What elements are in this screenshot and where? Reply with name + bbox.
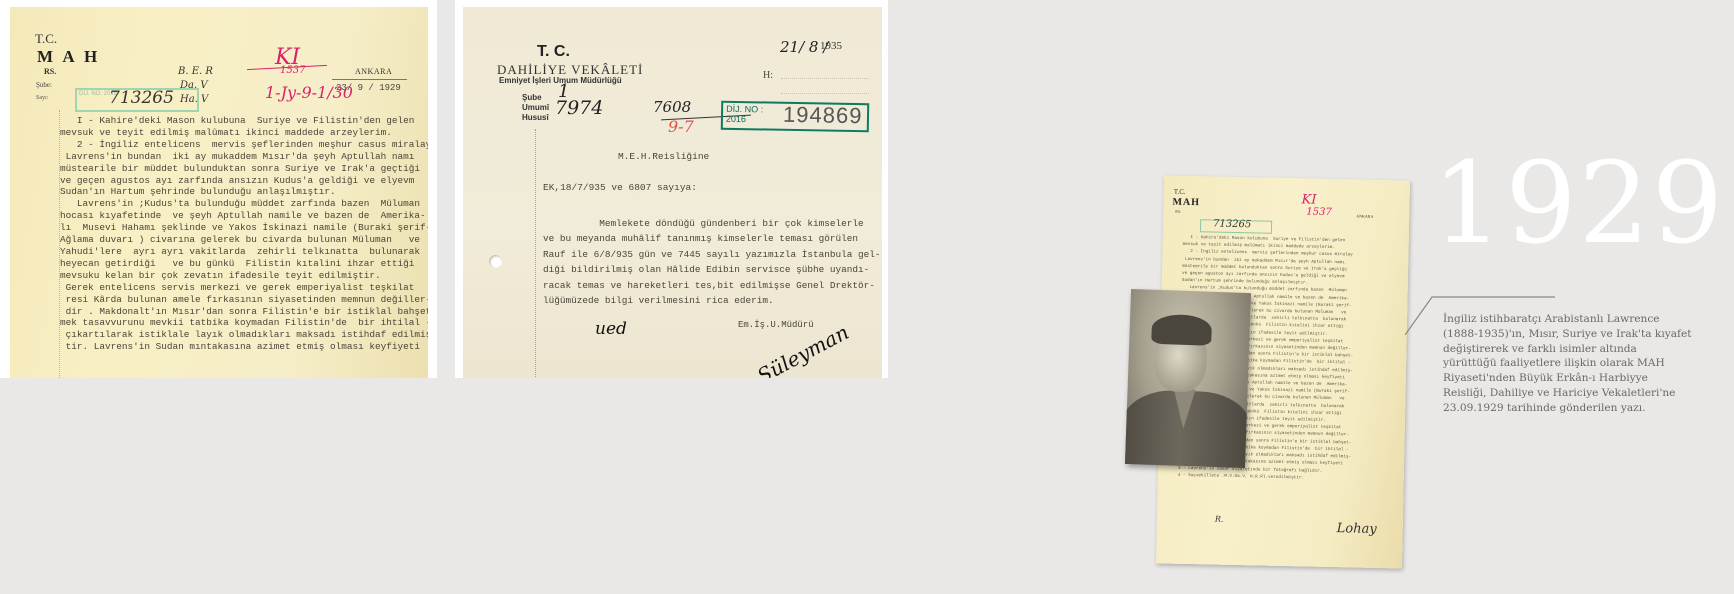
doc-body-text: Memlekete döndüğü gündenberi bir çok kim… [543, 216, 878, 308]
divider [332, 79, 407, 80]
doc-header-mah: M A H [37, 47, 100, 67]
lawrence-portrait-photo [1125, 289, 1251, 468]
doc-header-tc: T.C. [35, 31, 57, 47]
year-heading: 1929 [1432, 148, 1725, 260]
text-line: Lavrens'in ;Kudus'ta bulunduğu müddet za… [60, 198, 428, 210]
document-caption: İngiliz istihbaratçı Arabistanlı Lawrenc… [1443, 312, 1693, 416]
dahiliye-document-image: T. C. DAHİLİYE VEKÂLETİ Emniyet İşleri U… [463, 7, 882, 378]
doc-date-year: 1935 [820, 40, 842, 52]
text-line: Yahudi'lere ayrı ayrı vakitlarda zehirli… [60, 246, 428, 258]
text-line: ve geçen agustos ayı zarfında ansızın Ku… [60, 175, 428, 187]
doc-body-text: I - Kahire'deki Mason kulubuna Suriye ve… [60, 115, 428, 353]
archive-stamp: DİJ. NO :2016 194869 [721, 101, 869, 133]
document-panel-mah[interactable]: T.C. M A H RS. Şube: Sayı: DIJ. NO: 2016… [0, 0, 437, 378]
text-line: racak temas ve hareketleri tes,bit edilm… [543, 278, 878, 293]
document-panel-dahiliye[interactable]: T. C. DAHİLİYE VEKÂLETİ Emniyet İşleri U… [455, 0, 888, 378]
punch-hole [489, 255, 502, 268]
margin-line [535, 129, 536, 378]
handwritten-number: 7608 [653, 98, 691, 116]
text-line: diği bildirilmiş olan Hâlide Edibin serv… [543, 262, 878, 277]
red-mark: KI [1301, 192, 1316, 207]
text-line: resi Kârda bulunan amele fırkasının siya… [60, 294, 428, 306]
doc-city: ANKARA [355, 67, 392, 76]
text-line: heyecan getirdiği ve bu günkü Filistin k… [60, 258, 428, 270]
doc-sube-label: Şube: [36, 81, 52, 89]
doc-sube-label: Şube [522, 93, 542, 102]
red-number: 1537 [1306, 206, 1332, 218]
text-line: müstearile bir müddet bulunduktan sonra … [60, 163, 428, 175]
doc-hususi-value: 7974 [555, 97, 603, 119]
text-line: dir . Makdonalt'ın Mısır'dan sonra Filis… [60, 306, 428, 318]
red-note: 9-7 [668, 117, 694, 136]
text-line: I - Kahire'deki Mason kulubuna Suriye ve… [60, 115, 428, 127]
handwritten-note: Ha. V [180, 94, 208, 105]
doc-reference: EK,18/7/935 ve 6807 sayıya: [543, 182, 697, 193]
red-number: 1537 [280, 65, 305, 76]
doc-h-label: H: [763, 70, 773, 81]
dotted-line [781, 93, 869, 94]
mah-document-image: T.C. M A H RS. Şube: Sayı: DIJ. NO: 2016… [10, 7, 428, 378]
text-line: Lavrens'in bundan iki ay mukaddem Mısır'… [60, 151, 428, 163]
doc-header-tc: T. C. [537, 43, 570, 61]
doc-sayi-label: Sayı: [36, 95, 48, 101]
text-line: lüğümüzede bilgi verilmesini rica ederim… [543, 293, 878, 308]
signature: Lohay [1337, 521, 1377, 537]
doc-recipient: M.E.H.Reisliğine [618, 151, 709, 162]
text-line: mevsuku kelan bir çok zevatın ifadesile … [60, 270, 428, 282]
doc-date: 23/ 9 / 1929 [336, 83, 401, 93]
initials-signature: R. [1215, 515, 1224, 524]
text-line: Ağlama duvarı ) civarına gelerek bu civa… [60, 234, 428, 246]
text-line: lı Musevi Hahamı şeklinde ve Yakos İskin… [60, 222, 428, 234]
text-line: hocası kıyafetinde ve şeyh Aptullah nami… [60, 210, 428, 222]
stamp-label: DİJ. NO :2016 [726, 104, 763, 125]
text-line: Memlekete döndüğü gündenberi bir çok kim… [543, 216, 878, 231]
text-line: Rauf ile 6/8/935 gün ve 7445 sayılı yazı… [543, 247, 878, 262]
doc-umumi-label: Umumî [522, 103, 549, 112]
initials-signature: ued [595, 319, 627, 339]
text-line: 2 - İngiliz entelicens mervis şeflerinde… [60, 139, 428, 151]
text-line: çıkartılarak istiklale layık olmadıkları… [60, 329, 428, 341]
text-line: Sudan'ın Hartum şehrinde bulunduğu anlaş… [60, 186, 428, 198]
doc-hususi-label: Hususî [522, 113, 549, 122]
stamp-number: 194869 [783, 102, 863, 129]
dotted-line [781, 78, 869, 79]
text-line: mek tasavvurunu mevkii tatbika koymadan … [60, 317, 428, 329]
text-line: Gerek entelicens servis merkezi ve gerek… [60, 282, 428, 294]
doc-city: ANKARA [1356, 214, 1373, 219]
doc-header-tc: T.C. [1174, 188, 1186, 196]
text-line: mevsuk ve teyit edilmiş malûmatı ikinci … [60, 127, 428, 139]
handwritten-note: B. E. R [178, 66, 213, 77]
doc-header-rs: RS. [1175, 209, 1181, 214]
text-line: tir. Lavrens'in Sudan mıntakasına azimet… [60, 341, 428, 353]
doc-header-mah: MAH [1172, 197, 1200, 209]
handwritten-note: Da. V [180, 80, 208, 91]
doc-header-rs: RS. [44, 67, 56, 76]
archive-stamp: 713265 [1200, 219, 1272, 234]
text-line: ve bu meyanda muhâlif tanınmış kimselerl… [543, 231, 878, 246]
doc-signatory: Em.İş.U.Müdürü [738, 320, 814, 330]
stamp-number: 713265 [109, 88, 174, 108]
